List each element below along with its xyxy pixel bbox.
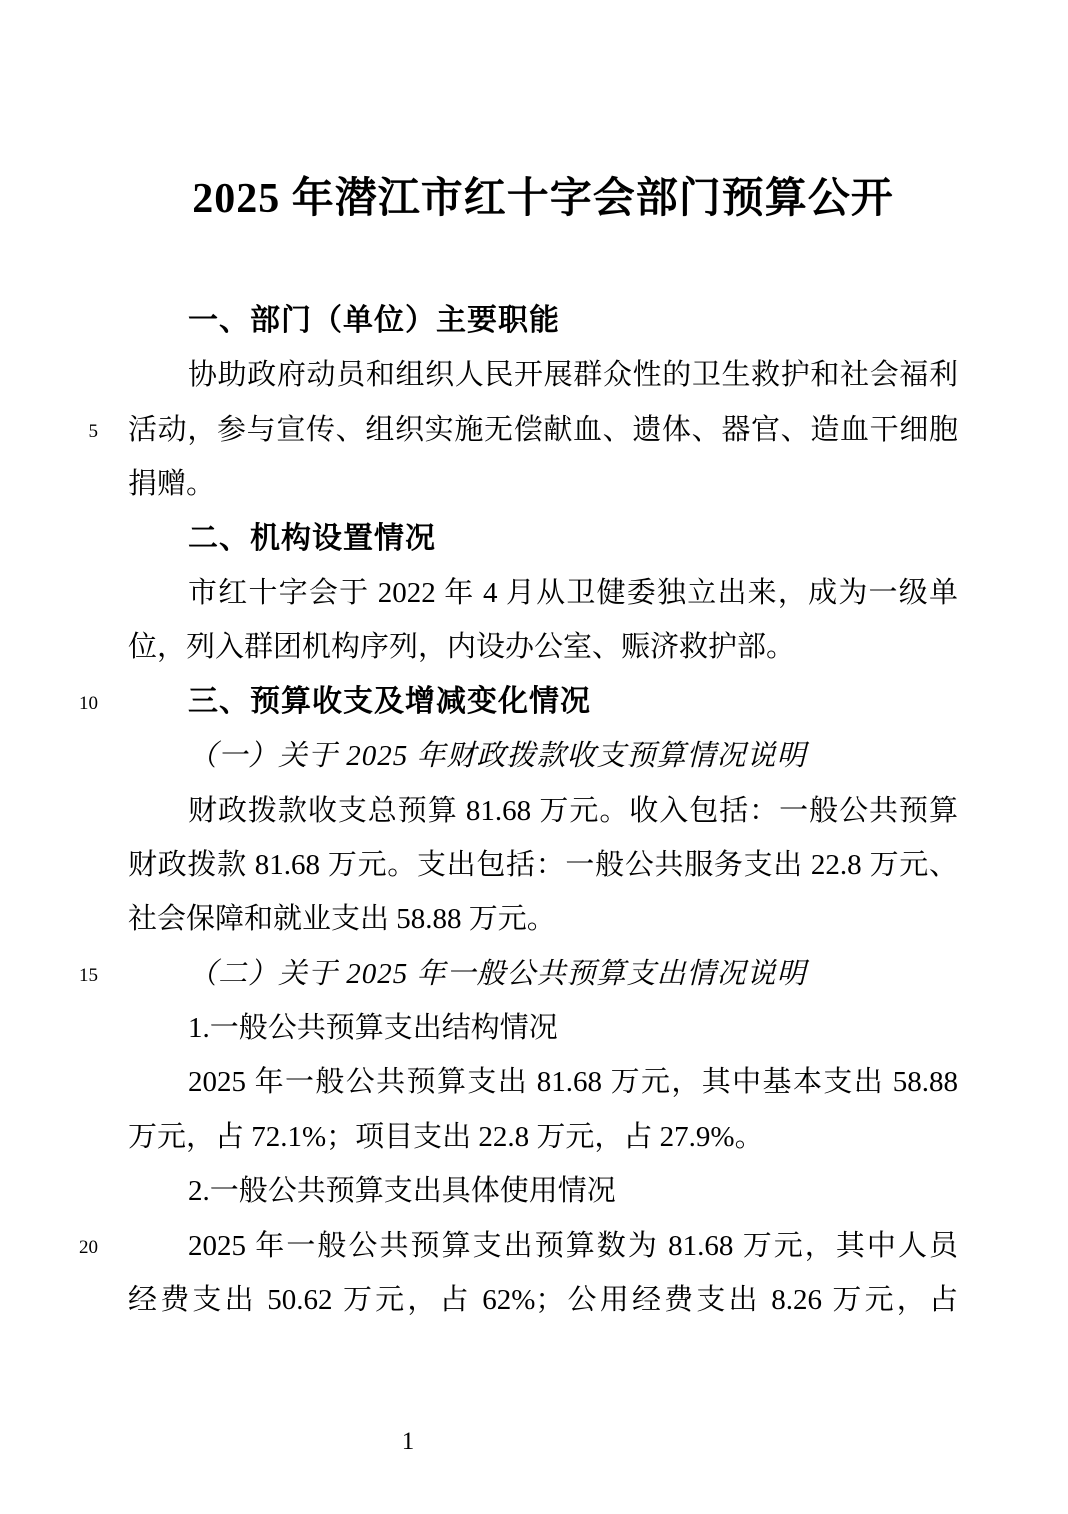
paragraph-line: 财政拨款 81.68 万元。支出包括：一般公共服务支出 22.8 万元、	[128, 838, 958, 892]
paragraph-line: 社会保障和就业支出 58.88 万元。	[128, 892, 958, 946]
margin-line-number-15: 15	[56, 963, 98, 989]
section-heading-2: 二、机构设置情况	[128, 512, 958, 566]
margin-line-number-5: 5	[56, 419, 98, 445]
section-heading-1: 一、部门（单位）主要职能	[128, 294, 958, 348]
paragraph-line: 2025 年一般公共预算支出预算数为 81.68 万元，其中人员	[128, 1219, 958, 1273]
section-heading-3: 三、预算收支及增减变化情况	[128, 675, 958, 729]
paragraph-line: 财政拨款收支总预算 81.68 万元。收入包括：一般公共预算	[128, 784, 958, 838]
paragraph-line: 经费支出 50.62 万元，占 62%；公用经费支出 8.26 万元，占	[128, 1273, 958, 1327]
document-body: 2025 年潜江市红十字会部门预算公开 一、部门（单位）主要职能 协助政府动员和…	[128, 168, 958, 1327]
paragraph-line: 活动，参与宣传、组织实施无偿献血、遗体、器官、造血干细胞	[128, 403, 958, 457]
list-item-heading-1: 1.一般公共预算支出结构情况	[128, 1001, 958, 1055]
paragraph-line: 万元，占 72.1%；项目支出 22.8 万元，占 27.9%。	[128, 1110, 958, 1164]
document-page: 5 10 15 20 2025 年潜江市红十字会部门预算公开 一、部门（单位）主…	[0, 0, 1068, 1514]
paragraph-line: 位，列入群团机构序列，内设办公室、赈济救护部。	[128, 620, 958, 674]
document-title: 2025 年潜江市红十字会部门预算公开	[128, 168, 958, 230]
subsection-heading-1: （一）关于 2025 年财政拨款收支预算情况说明	[128, 729, 958, 783]
margin-line-number-20: 20	[56, 1235, 98, 1261]
margin-line-number-10: 10	[56, 691, 98, 717]
paragraph-line: 协助政府动员和组织人民开展群众性的卫生救护和社会福利	[128, 348, 958, 402]
paragraph-line: 2025 年一般公共预算支出 81.68 万元，其中基本支出 58.88	[128, 1055, 958, 1109]
list-item-heading-2: 2.一般公共预算支出具体使用情况	[128, 1164, 958, 1218]
paragraph-line: 捐赠。	[128, 457, 958, 511]
page-number: 1	[128, 1428, 688, 1456]
paragraph-line: 市红十字会于 2022 年 4 月从卫健委独立出来，成为一级单	[128, 566, 958, 620]
subsection-heading-2: （二）关于 2025 年一般公共预算支出情况说明	[128, 947, 958, 1001]
